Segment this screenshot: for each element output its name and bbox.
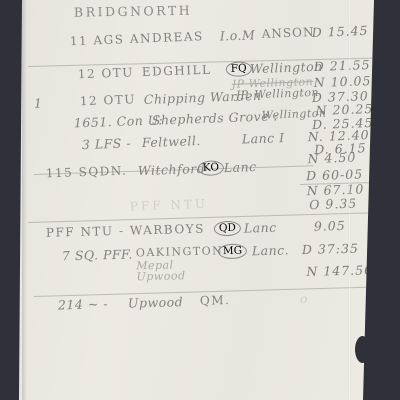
unit-label: PFF NTU - [46, 224, 125, 240]
station-label: Upwood [128, 294, 184, 310]
log-row: 7 SQ. PFF. OAKINGTON MG Lanc. D 37:35 Me… [0, 240, 400, 268]
time-value: D 21.55 [313, 57, 370, 74]
pencil-mark: o [300, 291, 308, 306]
time-value: 9.05 [314, 218, 346, 234]
erased-text: PFF NTU [130, 197, 209, 214]
page-title-line: BRIDGNORTH [0, 0, 400, 24]
station-label: Witchford [138, 161, 206, 178]
unit-label: 11 AGS [70, 32, 125, 48]
scanned-document-photo: BRIDGNORTH 11 AGS ANDREAS I.o.M ANSON D … [0, 0, 400, 400]
aircraft-label: ANSON [261, 25, 314, 41]
unit-label: 12 OTU [80, 92, 137, 108]
unit-label: 214 ~ - [58, 296, 108, 312]
page-title: BRIDGNORTH [74, 3, 192, 20]
time-value: N 147.50 [306, 262, 373, 279]
station-label: Shepherds Grove : [152, 108, 279, 127]
paper-edge-notch [355, 336, 370, 363]
aircraft-label: Lanc [244, 220, 277, 236]
aircraft-label: Lanc. [252, 242, 290, 258]
squadron-code-circled: MG [218, 244, 248, 260]
station-alt-label: Upwood [136, 269, 185, 283]
paper-edge-shadow [22, 0, 27, 400]
log-row: 214 ~ - Upwood QM. o [0, 289, 400, 317]
station-label: OAKINGTON [136, 244, 224, 259]
paper-crease [348, 0, 351, 400]
station-label: EDGHILL [142, 63, 212, 79]
station-label: ANDREAS [130, 29, 204, 46]
station-label: Feltwell. [142, 133, 201, 150]
squadron-code-circled: FQ [226, 61, 252, 77]
unit-label: 1651. Con U: [74, 112, 164, 130]
squadron-code: QM. [200, 293, 231, 308]
aircraft-label: Wellington [250, 59, 323, 77]
station-label: WARBOYS [130, 222, 205, 238]
squadron-code-circled: QD [214, 221, 241, 237]
station-suffix: I.o.M [219, 27, 255, 43]
squadron-code-circled: KO [198, 160, 225, 176]
unit-label: 7 SQ. PFF. [62, 247, 133, 264]
unit-label: 3 LFS - [82, 135, 132, 152]
aircraft-label: Lanc [224, 159, 257, 175]
log-row: 115 SQDN. Witchford KO Lanc N 4.50 D 60-… [0, 154, 400, 186]
aircraft-label: Lanc I [242, 130, 285, 146]
log-row: 11 AGS ANDREAS I.o.M ANSON D 15.45 [0, 22, 400, 55]
aircraft-label: JP. Wellington [236, 86, 320, 102]
unit-label: 115 SQDN. [46, 164, 128, 181]
margin-mark: 1 [34, 96, 43, 111]
unit-label: 12 OTU [78, 65, 135, 81]
time-value: D 15.45 [311, 23, 368, 40]
paper-sheet: BRIDGNORTH 11 AGS ANDREAS I.o.M ANSON D … [0, 0, 400, 400]
